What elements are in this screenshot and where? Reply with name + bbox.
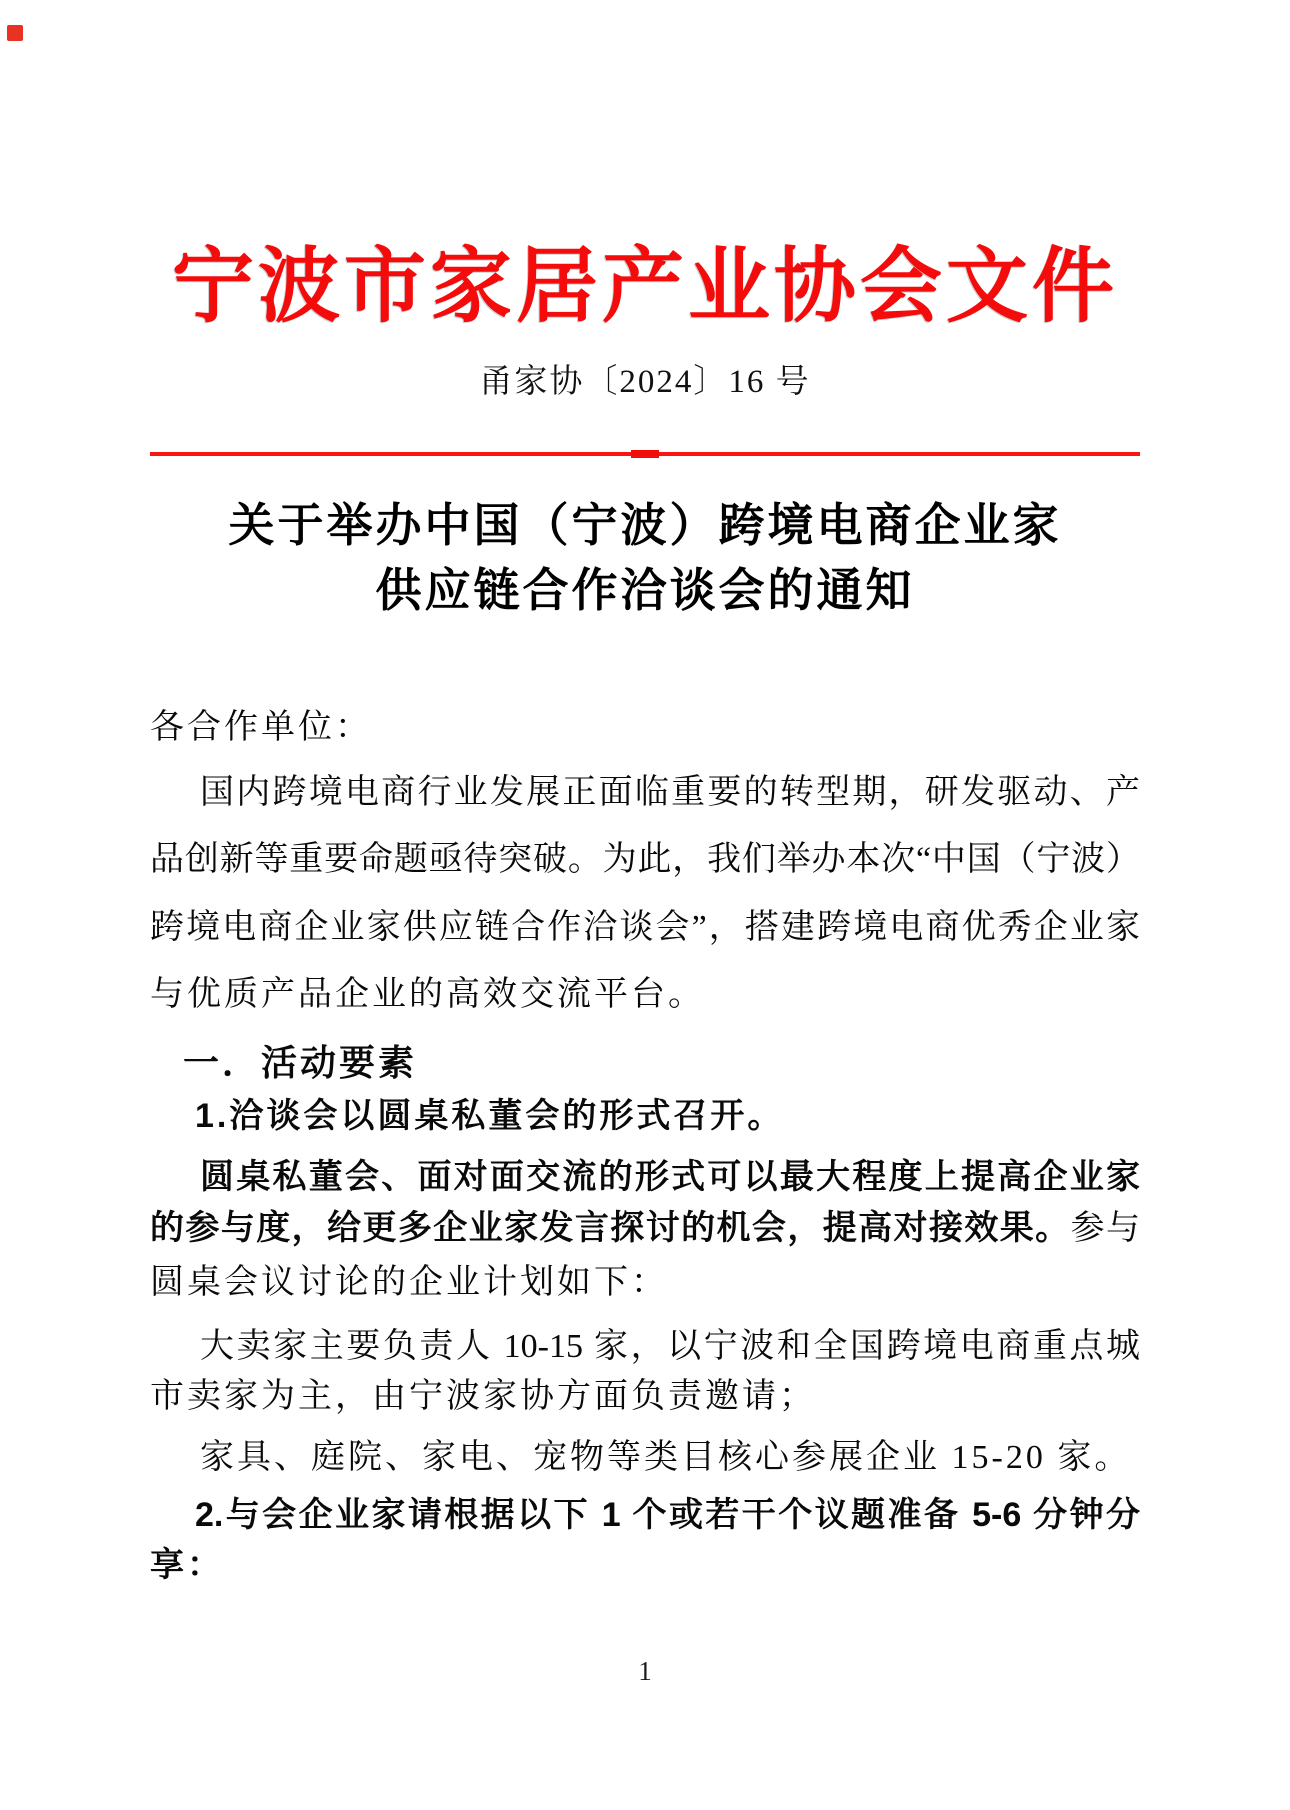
org-title: 宁波市家居产业协会文件 [150,242,1140,332]
paragraph4-line: 家具、庭院、家电、宠物等类目核心参展企业 15-20 家。 [150,1433,1140,1483]
item1-line: 1.洽谈会以圆桌私董会的形式召开。 [150,1091,1140,1141]
red-separator-center-dash [631,450,659,458]
page-number: 1 [150,1655,1140,1687]
paragraph2-line2-bold: 的参与度，给更多企业家发言探讨的机会，提高对接效果。 [150,1209,1071,1247]
section-heading: 一．活动要素 [150,1038,1140,1088]
paragraph2-line3: 圆桌会议讨论的企业计划如下： [150,1258,1140,1308]
paragraph3-line1: 大卖家主要负责人 10-15 家，以宁波和全国跨境电商重点城 [150,1322,1140,1372]
greeting-line: 各合作单位： [150,703,1140,753]
document-page: 宁波市家居产业协会文件 甬家协〔2024〕16 号 关于举办中国（宁波）跨境电商… [0,0,1290,1810]
doc-title-line1: 关于举办中国（宁波）跨境电商企业家 [150,495,1140,555]
corner-red-mark [7,25,23,41]
paragraph2-line2-regular: 参与 [1071,1210,1140,1247]
paragraph2-line1: 圆桌私董会、面对面交流的形式可以最大程度上提高企业家 [150,1152,1140,1202]
paragraph2-line2: 的参与度，给更多企业家发言探讨的机会，提高对接效果。参与 [150,1203,1140,1254]
paragraph1-line2: 品创新等重要命题亟待突破。为此，我们举办本次“中国（宁波） [150,835,1140,885]
item2-line1: 2.与会企业家请根据以下 1 个或若干个议题准备 5-6 分钟分 [150,1490,1140,1540]
paragraph1-line1: 国内跨境电商行业发展正面临重要的转型期，研发驱动、产 [150,768,1140,818]
doc-title-line2: 供应链合作洽谈会的通知 [150,560,1140,620]
paragraph1-line3: 跨境电商企业家供应链合作洽谈会”，搭建跨境电商优秀企业家 [150,903,1140,953]
doc-number: 甬家协〔2024〕16 号 [150,362,1140,402]
item2-line2: 享： [150,1540,1140,1590]
paragraph1-line4: 与优质产品企业的高效交流平台。 [150,970,1140,1020]
paragraph3-line2: 市卖家为主，由宁波家协方面负责邀请； [150,1372,1140,1422]
